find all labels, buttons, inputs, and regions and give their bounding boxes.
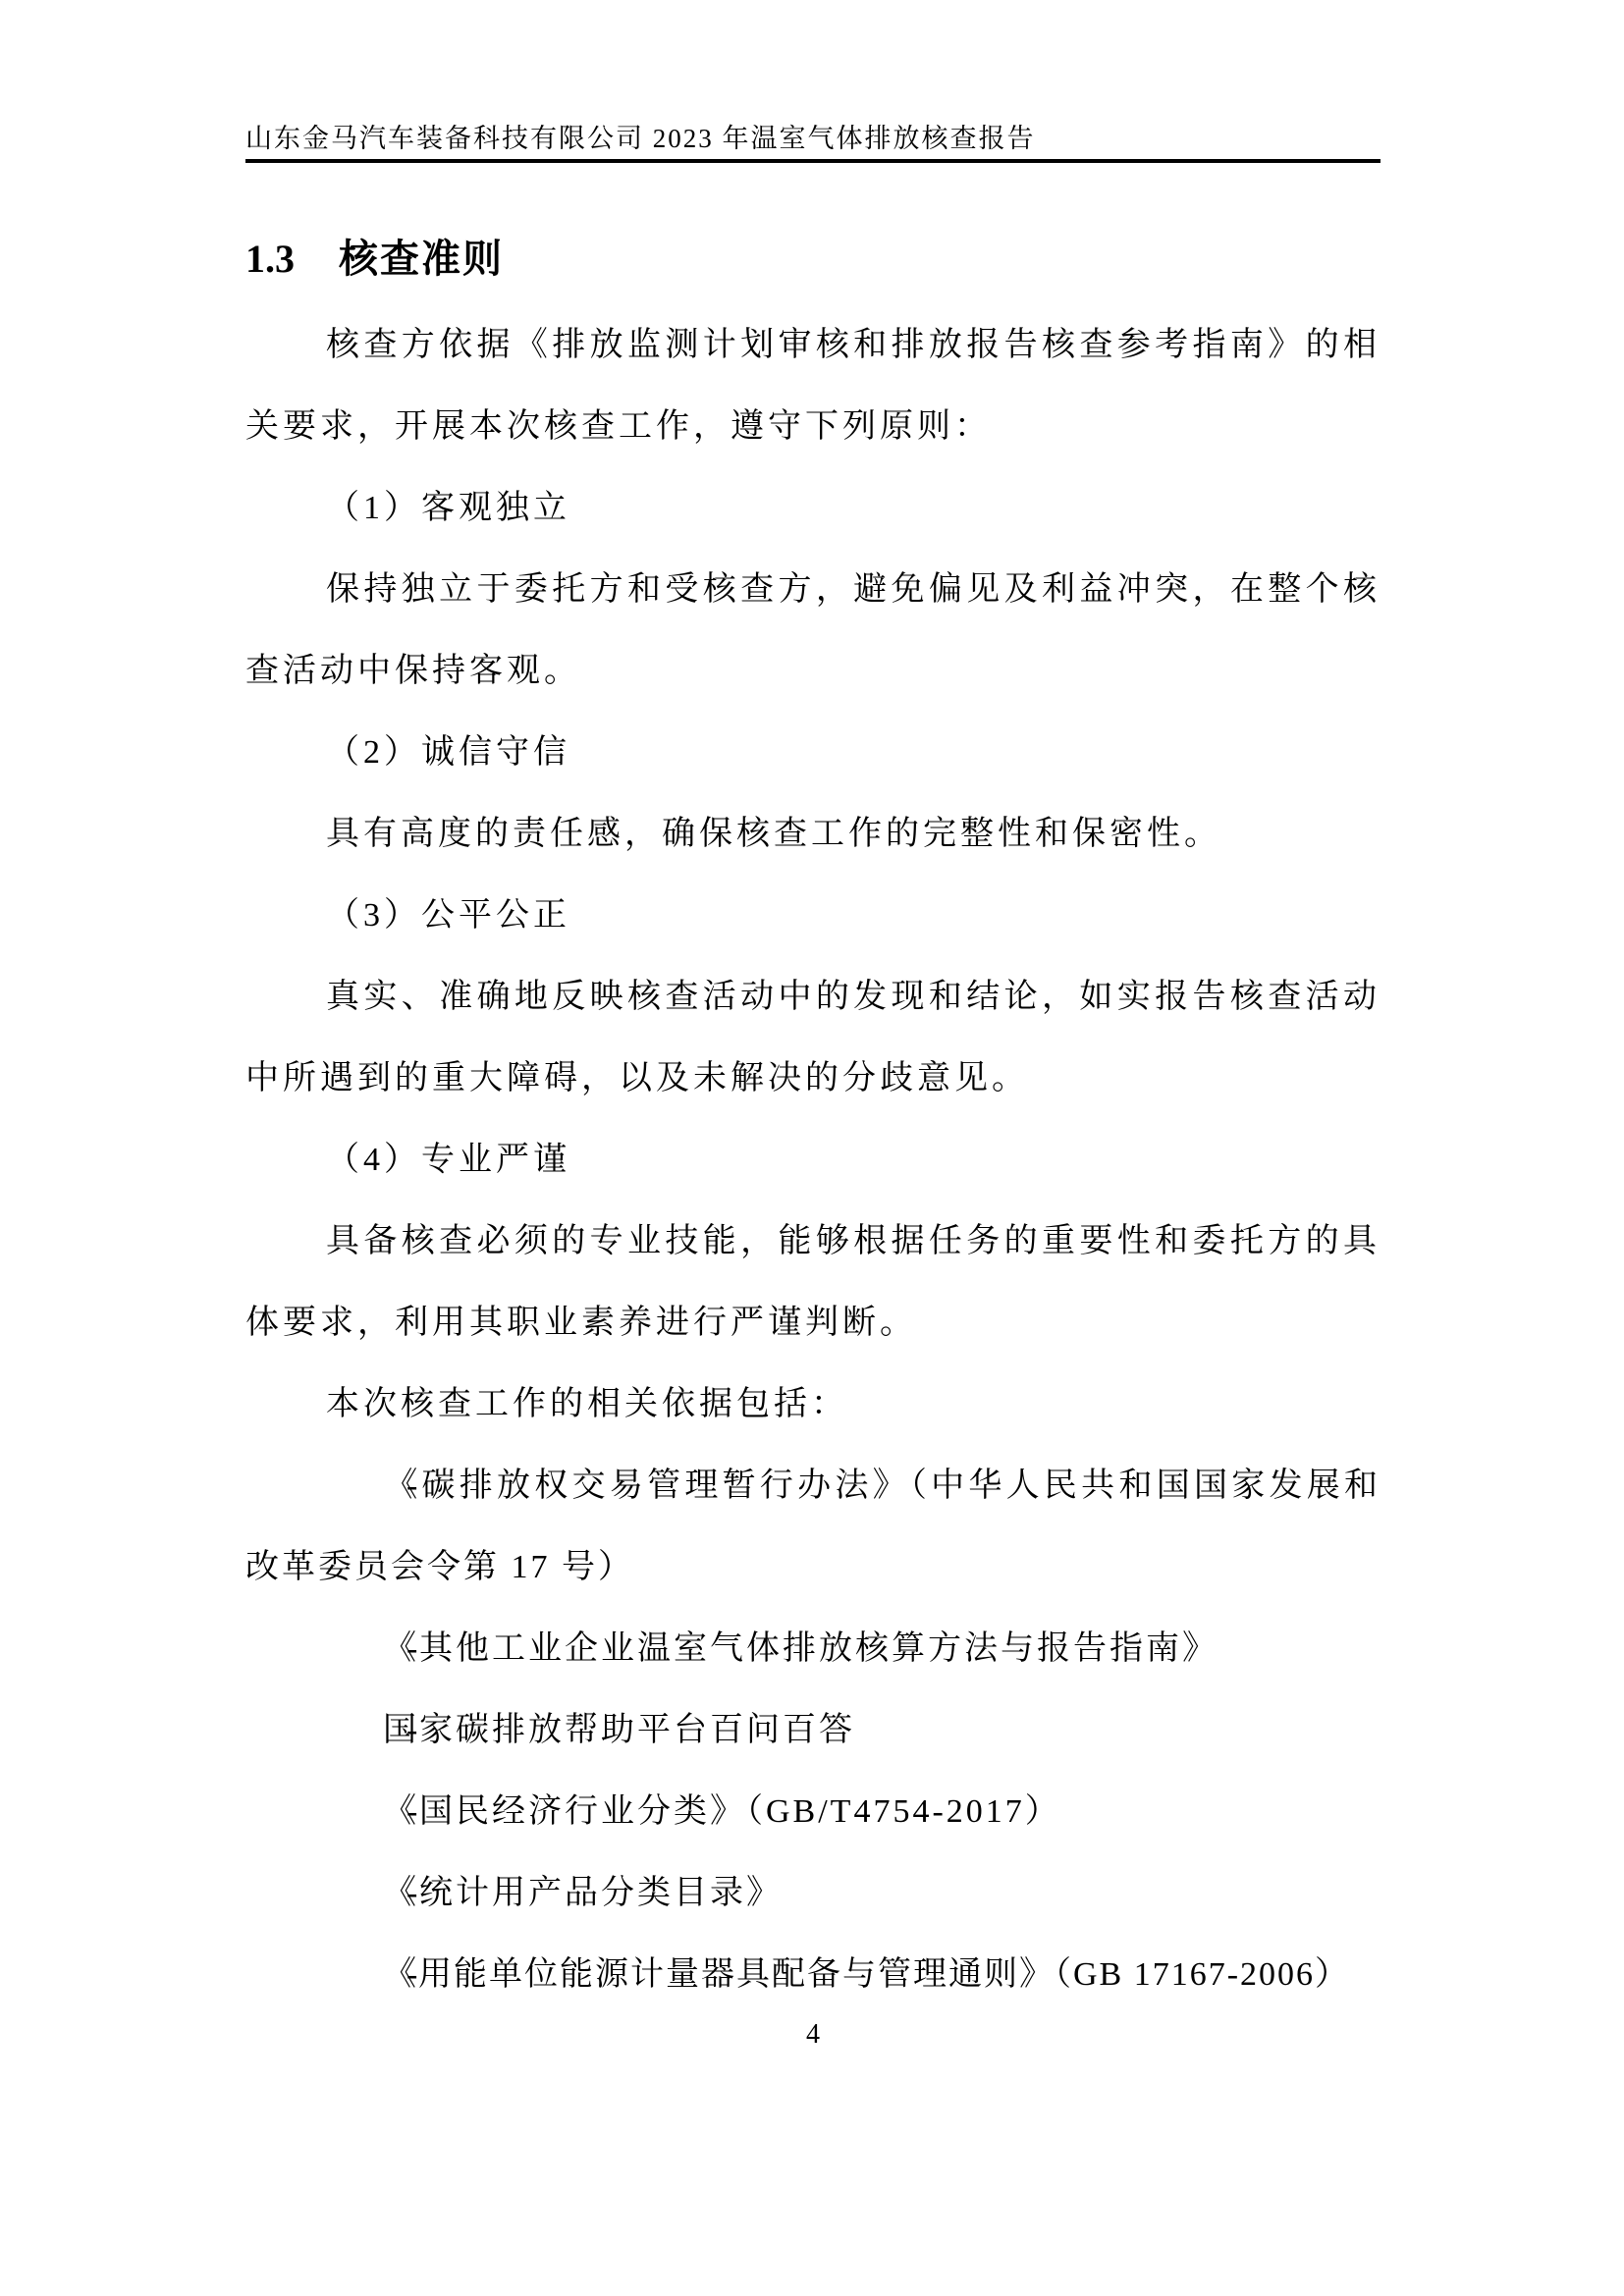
section-number: 1.3 [245, 237, 295, 281]
bullet-text: 《统计用产品分类目录》 [383, 1875, 783, 1911]
page-content: 山东金马汽车装备科技有限公司 2023 年温室气体排放核查报告 1.3核查准则 … [245, 0, 1380, 2015]
principle-item-4: （4）专业严谨 [245, 1119, 1380, 1201]
report-page: 山东金马汽车装备科技有限公司 2023 年温室气体排放核查报告 1.3核查准则 … [0, 0, 1624, 2296]
bullet-dash: - [326, 1608, 383, 1689]
principle-item-1: （1）客观独立 [245, 467, 1380, 549]
bullet-text: 《用能单位能源计量器具配备与管理通则》（GB 17167-2006） [383, 1956, 1350, 1993]
bullet-dash: - [326, 1445, 383, 1526]
page-footer: 4 [245, 2018, 1380, 2052]
principle-item-3: （3）公平公正 [245, 875, 1380, 956]
bullet-dash: - [326, 1689, 383, 1771]
bullet-dash: - [326, 1934, 383, 2015]
section-title: 核查准则 [339, 238, 504, 281]
section-heading: 1.3核查准则 [245, 236, 1380, 283]
header-title: 山东金马汽车装备科技有限公司 2023 年温室气体排放核查报告 [245, 122, 1380, 155]
bullet-item: -国家碳排放帮助平台百问百答 [245, 1689, 1380, 1771]
bullet-item: -《国民经济行业分类》（GB/T4754-2017） [245, 1771, 1380, 1852]
principle-item-2: （2）诚信守信 [245, 712, 1380, 793]
bullet-text: 《国民经济行业分类》（GB/T4754-2017） [383, 1793, 1061, 1830]
bullet-dash: - [326, 1852, 383, 1934]
bullet-dash: - [326, 1771, 383, 1852]
body-paragraph: 真实、准确地反映核查活动中的发现和结论，如实报告核查活动中所遇到的重大障碍，以及… [245, 956, 1380, 1119]
body-paragraph: 本次核查工作的相关依据包括： [245, 1363, 1380, 1445]
body-paragraph: 具有高度的责任感，确保核查工作的完整性和保密性。 [245, 793, 1380, 875]
bullet-item: -《统计用产品分类目录》 [245, 1852, 1380, 1934]
bullet-text: 《碳排放权交易管理暂行办法》（中华人民共和国国家发展和改革委员会令第 17 号） [245, 1468, 1380, 1585]
bullet-item: -《用能单位能源计量器具配备与管理通则》（GB 17167-2006） [245, 1934, 1380, 2015]
body-paragraph: 具备核查必须的专业技能，能够根据任务的重要性和委托方的具体要求，利用其职业素养进… [245, 1201, 1380, 1363]
header-divider [245, 159, 1380, 163]
body-paragraph: 核查方依据《排放监测计划审核和排放报告核查参考指南》的相关要求，开展本次核查工作… [245, 304, 1380, 467]
bullet-item: -《碳排放权交易管理暂行办法》（中华人民共和国国家发展和改革委员会令第 17 号… [245, 1445, 1380, 1608]
report-header: 山东金马汽车装备科技有限公司 2023 年温室气体排放核查报告 [245, 0, 1380, 163]
body-text: 核查方依据《排放监测计划审核和排放报告核查参考指南》的相关要求，开展本次核查工作… [245, 304, 1380, 2015]
page-number: 4 [806, 2019, 820, 2050]
bullet-item: -《其他工业企业温室气体排放核算方法与报告指南》 [245, 1608, 1380, 1689]
bullet-text: 《其他工业企业温室气体排放核算方法与报告指南》 [383, 1630, 1218, 1667]
body-paragraph: 保持独立于委托方和受核查方，避免偏见及利益冲突，在整个核查活动中保持客观。 [245, 549, 1380, 712]
bullet-text: 国家碳排放帮助平台百问百答 [383, 1712, 855, 1748]
